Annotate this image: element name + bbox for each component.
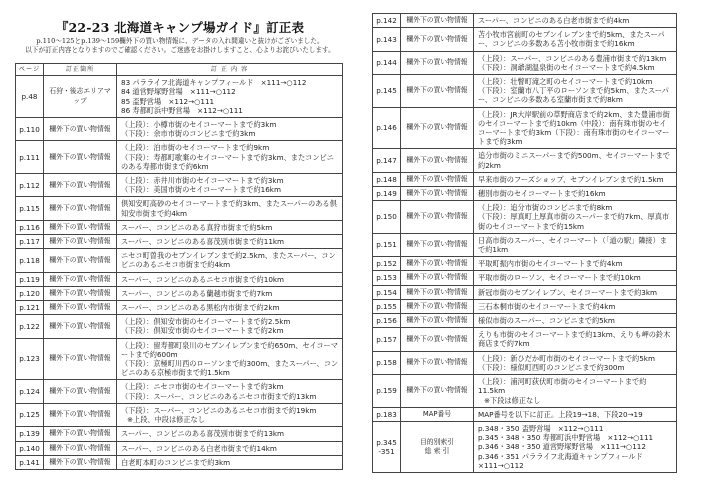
page-cell: p.48 [16, 76, 44, 118]
section-cell: 欄外下の買い物情報 [44, 118, 117, 141]
table-row: p.120欄外下の買い物情報スーパー、コンビニのある蘭越市街まで約7km [16, 286, 343, 300]
section-cell: 欄外下の買い物情報 [401, 257, 474, 271]
table-row: p.117欄外下の買い物情報スーパー、コンビニのある喜茂別市街まで約11km [16, 235, 343, 249]
table-row: p.144欄外下の買い物情報（上段）：スーパー、コンビニのある豊浦市街まで約13… [373, 51, 677, 74]
section-cell: 欄外下の買い物情報 [44, 272, 117, 286]
table-row: p.148欄外下の買い物情報早来市街のフーズショップ、セブンイレブンまで約1.5… [373, 172, 677, 186]
section-cell: 欄外下の買い物情報 [401, 51, 474, 74]
section-cell: 欄外下の買い物情報 [401, 351, 474, 374]
content-line: （下段）：室蘭市八丁平のローソンまで約5km、またスーパー、コンビニの多数ある室… [478, 86, 673, 104]
content-line: （上段）：留寿都町泉川のセブンイレブンまで約650m、セイコーマートまで約600… [121, 341, 339, 359]
section-cell: MAP番号 [401, 407, 474, 421]
content-cell: 様似市街のスーパー、コンビニまで約5km [474, 314, 677, 328]
section-cell: 欄外下の買い物情報 [44, 235, 117, 249]
table-row: p.156欄外下の買い物情報様似市街のスーパー、コンビニまで約5km [373, 314, 677, 328]
content-line: スーパー、コンビニのある黒松内市街まで約2km [121, 303, 339, 312]
content-line: （下段）：スーパー、コンビニのあるニセコ市街まで約13km [121, 392, 339, 401]
section-cell: 欄外下の買い物情報 [44, 380, 117, 403]
page-cell: p.154 [373, 285, 401, 299]
content-cell: MAP番号を以下に訂正。上段19→18、下段20→19 [474, 407, 677, 421]
table-row: p.141欄外下の買い物情報白老町本町のコンビニまで約3km [16, 455, 343, 469]
page-cell: p.148 [373, 172, 401, 186]
content-cell: 早来市街のフーズショップ、セブンイレブンまで約1.5km [474, 172, 677, 186]
content-line: （上段）：浦河町荻伏町市街のセイコーマートまで約11.5km [478, 377, 673, 395]
table-row: p.142欄外下の買い物情報スーパー、コンビニのある白老市街まで約4km [373, 14, 677, 28]
table-row: p.147欄外下の買い物情報追分市街のミニスーパーまで約500m、セイコーマート… [373, 149, 677, 172]
table-row: p.121欄外下の買い物情報スーパー、コンビニのある黒松内市街まで約2km [16, 301, 343, 315]
page-cell: p.146 [373, 107, 401, 149]
column-header-content: 訂 正 内 容 [117, 64, 343, 76]
page-cell: p.151 [373, 233, 401, 256]
content-line: （上段）：小樽市街のセイコーマートまで約3km [121, 120, 339, 129]
section-cell: 欄外下の買い物情報 [44, 286, 117, 300]
content-line: 白老町本町のコンビニまで約3km [121, 458, 339, 467]
section-cell: 欄外下の買い物情報 [44, 455, 117, 469]
table-row: p.345 -351目的別索引 総 索 引p.348・350 盃野営場 ×112… [373, 421, 677, 472]
content-line: 平取町振内市街のセイコーマートまで約4km [478, 259, 673, 268]
content-cell: （上段）：壮瞥町滝之町のセイコーマートまで約10km（下段）：室蘭市八丁平のロー… [474, 75, 677, 108]
content-cell: スーパー、コンビニのある蘭越市街まで約7km [117, 286, 343, 300]
page-cell: p.149 [373, 187, 401, 201]
page-cell: p.147 [373, 149, 401, 172]
table-row: p.149欄外下の買い物情報穂別市街のセイコーマートまで約16km [373, 187, 677, 201]
table-row: p.48石狩・後志エリアマップ83 パラライフ北海道キャンプフィールド ×111… [16, 76, 343, 118]
section-cell: 欄外下の買い物情報 [44, 301, 117, 315]
content-line: p.348・350 盃野営場 ×112→○111 [478, 424, 673, 433]
content-cell: スーパー、コンビニのある真狩市街まで約5km [117, 220, 343, 234]
section-cell: 欄外下の買い物情報 [44, 174, 117, 197]
content-cell: スーパー、コンビニのある喜茂別市街まで約11km [117, 235, 343, 249]
page-cell: p.139 [16, 427, 44, 441]
content-cell: （下段）：スーパー、コンビニのあるニセコ市街まで約19km※上段、中段は修正なし [117, 403, 343, 426]
content-cell: 日高市街のスーパー、セイコーマート（「道の駅」隣接）まで約1km [474, 233, 677, 256]
content-cell: スーパー、コンビニのある白老市街まで約14km [117, 441, 343, 455]
content-cell: p.348・350 盃野営場 ×112→○111p.345・348・350 寿都… [474, 421, 677, 472]
content-line: 穂別市街のセイコーマートまで約16km [478, 189, 673, 198]
section-cell: 欄外下の買い物情報 [44, 315, 117, 338]
content-line: スーパー、コンビニのある喜茂別市街まで約11km [121, 237, 339, 246]
table-row: p.140欄外下の買い物情報スーパー、コンビニのある白老市街まで約14km [16, 441, 343, 455]
page-cell: p.183 [373, 407, 401, 421]
content-line: スーパー、コンビニのあるニセコ市街まで約10km [121, 275, 339, 284]
table-row: p.158欄外下の買い物情報（上段）：新ひだか町市街のセイコーマートまで約5km… [373, 351, 677, 374]
content-line: （上段）：ニセコ市街のセイコーマートまで約3km [121, 382, 339, 391]
content-cell: 新冠市街のセブンイレブン、セイコーマートまで約3km [474, 285, 677, 299]
page-cell: p.112 [16, 174, 44, 197]
content-line: （下段）：倶知安市街のセイコーマートまで約2km [121, 326, 339, 335]
content-line: 新冠市街のセブンイレブン、セイコーマートまで約3km [478, 288, 673, 297]
table-row: p.125欄外下の買い物情報（下段）：スーパー、コンビニのあるニセコ市街まで約1… [16, 403, 343, 426]
table-row: p.146欄外下の買い物情報（上段）：JR大岸駅前の草野商店まで約2km、また豊… [373, 107, 677, 149]
section-cell: 欄外下の買い物情報 [401, 14, 474, 28]
table-row: p.155欄外下の買い物情報三石本桐市街のセイコーマートまで約4km [373, 299, 677, 313]
content-line: スーパー、コンビニのある蘭越市街まで約7km [121, 289, 339, 298]
section-cell: 欄外下の買い物情報 [401, 149, 474, 172]
table-row: p.150欄外下の買い物情報（上段）：追分市街のコンビニまで約8km（下段）：厚… [373, 201, 677, 234]
table-row: p.139欄外下の買い物情報スーパー、コンビニのある喜茂別市街まで約13km [16, 427, 343, 441]
content-cell: （上段）：倶知安市街のセイコーマートまで約2.5km（下段）：倶知安市街のセイコ… [117, 315, 343, 338]
content-cell: （上段）：JR大岸駅前の草野商店まで約2km、また豊浦市街のセイコーマートまで約… [474, 107, 677, 149]
content-line: 84 道営野塚野営場 ×111→○112 [121, 87, 339, 96]
section-cell: 欄外下の買い物情報 [401, 187, 474, 201]
page-cell: p.150 [373, 201, 401, 234]
content-line: （下段）：スーパー、コンビニのあるニセコ市街まで約19km [121, 406, 339, 415]
content-cell: 追分市街のミニスーパーまで約500m、セイコーマートまで約2km [474, 149, 677, 172]
page-cell: p.110 [16, 118, 44, 141]
content-cell: 穂別市街のセイコーマートまで約16km [474, 187, 677, 201]
section-cell: 欄外下の買い物情報 [401, 271, 474, 285]
content-cell: （上段）：小樽市街のセイコーマートまで約3km（下段）：余市市街のコンビニまで約… [117, 118, 343, 141]
document-title: 『22-23 北海道キャンプ場ガイド』訂正表 [0, 18, 360, 36]
content-line: （上段）：新ひだか町市街のセイコーマートまで約5km [478, 354, 673, 363]
content-line: （上段）：追分市街のコンビニまで約8km [478, 203, 673, 212]
content-line: スーパー、コンビニのある白老市街まで約14km [121, 444, 339, 453]
content-cell: （上段）：追分市街のコンビニまで約8km（下段）：厚真町上厚真市街のスーパーまで… [474, 201, 677, 234]
content-line: （下段）：洞爺湖温泉街のセイコーマートまで約4.5km [478, 63, 673, 72]
page-cell: p.116 [16, 220, 44, 234]
table-row: p.157欄外下の買い物情報えりも市街のセイコーマートまで約13km、えりも岬の… [373, 328, 677, 351]
content-line: p.346・351 パラライフ北海道キャンプフィールド ×111→○112 [478, 452, 673, 470]
page-cell: p.117 [16, 235, 44, 249]
column-header-page: ページ [16, 64, 44, 76]
section-cell: 欄外下の買い物情報 [44, 338, 117, 380]
page-cell: p.115 [16, 197, 44, 220]
page-cell: p.119 [16, 272, 44, 286]
content-line: （下段）：京極町川西のローソンまで約300m、またスーパー、コンビニのある京極市… [121, 359, 339, 377]
content-line: （上段）：赤井川市街のセイコーマートまで約3km [121, 176, 339, 185]
page-cell: p.141 [16, 455, 44, 469]
table-row: p.112欄外下の買い物情報（上段）：赤井川市街のセイコーマートまで約3km（下… [16, 174, 343, 197]
table-row: p.153欄外下の買い物情報平取市街のローソン、セイコーマートまで約10km [373, 271, 677, 285]
content-cell: ニセコ町曽我のセブンイレブンまで約2.5km、またスーパー、コンビニのあるニセコ… [117, 249, 343, 272]
table-body-left: p.48石狩・後志エリアマップ83 パラライフ北海道キャンプフィールド ×111… [16, 76, 343, 470]
content-line: スーパー、コンビニのある喜茂別市街まで約13km [121, 429, 339, 438]
content-line: 三石本桐市街のセイコーマートまで約4km [478, 302, 673, 311]
page-cell: p.155 [373, 299, 401, 313]
content-line: （下段）：美国市街のセイコーマートまで約16km [121, 185, 339, 194]
page-cell: p.157 [373, 328, 401, 351]
content-cell: スーパー、コンビニのあるニセコ市街まで約10km [117, 272, 343, 286]
section-cell: 欄外下の買い物情報 [401, 285, 474, 299]
content-cell: （上段）：浦河町荻伏町市街のセイコーマートまで約11.5km※下段は修正なし [474, 375, 677, 408]
content-line: （上段）：スーパー、コンビニのある豊浦市街まで約13km [478, 54, 673, 63]
content-line: （下段）：厚真町上厚真市街のスーパーまで約7km、厚真市街のセイコーマートまで約… [478, 212, 673, 230]
table-body-right: p.142欄外下の買い物情報スーパー、コンビニのある白老市街まで約4kmp.14… [373, 14, 677, 473]
page-cell: p.120 [16, 286, 44, 300]
section-cell: 欄外下の買い物情報 [401, 233, 474, 256]
section-cell: 欄外下の買い物情報 [44, 141, 117, 174]
content-cell: えりも市街のセイコーマートまで約13km、えりも岬の鈴木商店まで約7km [474, 328, 677, 351]
content-line: 日高市街のスーパー、セイコーマート（「道の駅」隣接）まで約1km [478, 236, 673, 254]
table-row: p.152欄外下の買い物情報平取町振内市街のセイコーマートまで約4km [373, 257, 677, 271]
section-cell: 欄外下の買い物情報 [401, 299, 474, 313]
page-cell: p.143 [373, 28, 401, 51]
content-cell: スーパー、コンビニのある黒松内市街まで約2km [117, 301, 343, 315]
content-line: MAP番号を以下に訂正。上段19→18、下段20→19 [478, 410, 673, 419]
content-line: 83 パラライフ北海道キャンプフィールド ×111→○112 [121, 78, 339, 87]
section-cell: 欄外下の買い物情報 [401, 28, 474, 51]
content-line: （上段）：JR大岸駅前の草野商店まで約2km、また豊浦市街のセイコーマートまで約… [478, 110, 673, 147]
page-cell: p.125 [16, 403, 44, 426]
content-cell: 三石本桐市街のセイコーマートまで約4km [474, 299, 677, 313]
content-cell: スーパー、コンビニのある喜茂別市街まで約13km [117, 427, 343, 441]
content-line: 85 盃野営場 ×112→○111 [121, 97, 339, 106]
content-line: 86 寿都町浜中野営場 ×112→○111 [121, 106, 339, 115]
content-cell: （上段）：赤井川市街のセイコーマートまで約3km（下段）：美国市街のセイコーマー… [117, 174, 343, 197]
content-line: ※上段、中段は修正なし [121, 415, 339, 424]
content-cell: （上段）：スーパー、コンビニのある豊浦市街まで約13km（下段）：洞爺湖温泉街の… [474, 51, 677, 74]
content-line: 追分市街のミニスーパーまで約500m、セイコーマートまで約2km [478, 151, 673, 169]
content-cell: スーパー、コンビニのある白老市街まで約4km [474, 14, 677, 28]
page-cell: p.152 [373, 257, 401, 271]
section-cell: 欄外下の買い物情報 [44, 197, 117, 220]
section-cell: 欄外下の買い物情報 [401, 172, 474, 186]
page-cell: p.145 [373, 75, 401, 108]
section-cell: 欄外下の買い物情報 [401, 328, 474, 351]
page-cell: p.345 -351 [373, 421, 401, 472]
content-line: （下段）：寿都町歌棄のセイコーマートまで約3km、またコンビニのある寿都市街まで… [121, 153, 339, 171]
page-cell: p.142 [373, 14, 401, 28]
correction-table-right: p.142欄外下の買い物情報スーパー、コンビニのある白老市街まで約4kmp.14… [372, 13, 677, 473]
content-line: 平取市街のローソン、セイコーマートまで約10km [478, 273, 673, 282]
table-row: p.143欄外下の買い物情報苫小牧市宮前町のセブンイレブンまで約5km、またスー… [373, 28, 677, 51]
section-cell: 欄外下の買い物情報 [401, 375, 474, 408]
content-line: スーパー、コンビニのある真狩市街まで約5km [121, 223, 339, 232]
page-cell: p.118 [16, 249, 44, 272]
table-row: p.183MAP番号MAP番号を以下に訂正。上段19→18、下段20→19 [373, 407, 677, 421]
content-line: p.346・348・350 道営野塚野営場 ×111→○112 [478, 442, 673, 451]
content-line: ※下段は修正なし [478, 396, 673, 405]
table-row: p.110欄外下の買い物情報（上段）：小樽市街のセイコーマートまで約3km（下段… [16, 118, 343, 141]
document-subtitle: p.110～125とp.139～159欄外下の買い物情報に、データの入れ間違いと… [0, 37, 360, 55]
section-cell: 欄外下の買い物情報 [401, 201, 474, 234]
content-cell: 83 パラライフ北海道キャンプフィールド ×111→○11284 道営野塚野営場… [117, 76, 343, 118]
table-row: p.123欄外下の買い物情報（上段）：留寿都町泉川のセブンイレブンまで約650m… [16, 338, 343, 380]
page-cell: p.144 [373, 51, 401, 74]
section-cell: 欄外下の買い物情報 [44, 220, 117, 234]
section-cell: 欄外下の買い物情報 [44, 441, 117, 455]
section-cell: 欄外下の買い物情報 [401, 314, 474, 328]
page-cell: p.156 [373, 314, 401, 328]
table-row: p.118欄外下の買い物情報ニセコ町曽我のセブンイレブンまで約2.5km、またス… [16, 249, 343, 272]
table-header-row: ページ 訂正箇所 訂 正 内 容 [16, 64, 343, 76]
content-line: 苫小牧市宮前町のセブンイレブンまで約5km、またスーパー、コンビニの多数ある苫小… [478, 30, 673, 48]
subtitle-line-2: 以下が訂正内容となりますのでご確認ください。ご迷惑をお掛けしますこと、心よりお詫… [0, 46, 360, 55]
page-cell: p.140 [16, 441, 44, 455]
section-cell: 石狩・後志エリアマップ [44, 76, 117, 118]
correction-table-left: ページ 訂正箇所 訂 正 内 容 p.48石狩・後志エリアマップ83 パラライフ… [15, 63, 343, 470]
page-cell: p.158 [373, 351, 401, 374]
content-line: 倶知安町高砂のセイコーマートまで約3km、またスーパーのある倶知安市街まで約4k… [121, 199, 339, 217]
page-cell: p.124 [16, 380, 44, 403]
content-cell: 倶知安町高砂のセイコーマートまで約3km、またスーパーのある倶知安市街まで約4k… [117, 197, 343, 220]
content-line: スーパー、コンビニのある白老市街まで約4km [478, 16, 673, 25]
content-line: ニセコ町曽我のセブンイレブンまで約2.5km、またスーパー、コンビニのあるニセコ… [121, 251, 339, 269]
content-line: （下段）：余市市街のコンビニまで約3km [121, 129, 339, 138]
content-line: えりも市街のセイコーマートまで約13km、えりも岬の鈴木商店まで約7km [478, 330, 673, 348]
content-cell: （上段）：ニセコ市街のセイコーマートまで約3km（下段）：スーパー、コンビニのあ… [117, 380, 343, 403]
table-row: p.159欄外下の買い物情報（上段）：浦河町荻伏町市街のセイコーマートまで約11… [373, 375, 677, 408]
content-line: （上段）：壮瞥町滝之町のセイコーマートまで約10km [478, 77, 673, 86]
content-line: 早来市街のフーズショップ、セブンイレブンまで約1.5km [478, 175, 673, 184]
table-row: p.119欄外下の買い物情報スーパー、コンビニのあるニセコ市街まで約10km [16, 272, 343, 286]
content-line: （下段）：様似町西町のコンビニまで約300m [478, 363, 673, 372]
content-cell: （上段）：泊市街のセイコーマートまで約9km（下段）：寿都町歌棄のセイコーマート… [117, 141, 343, 174]
page-cell: p.123 [16, 338, 44, 380]
page-cell: p.111 [16, 141, 44, 174]
section-cell: 目的別索引 総 索 引 [401, 421, 474, 472]
content-cell: 苫小牧市宮前町のセブンイレブンまで約5km、またスーパー、コンビニの多数ある苫小… [474, 28, 677, 51]
table-row: p.115欄外下の買い物情報倶知安町高砂のセイコーマートまで約3km、またスーパ… [16, 197, 343, 220]
content-cell: （上段）：留寿都町泉川のセブンイレブンまで約650m、セイコーマートまで約600… [117, 338, 343, 380]
content-line: （上段）：倶知安市街のセイコーマートまで約2.5km [121, 317, 339, 326]
section-cell: 欄外下の買い物情報 [44, 403, 117, 426]
content-cell: 平取市街のローソン、セイコーマートまで約10km [474, 271, 677, 285]
content-line: （上段）：泊市街のセイコーマートまで約9km [121, 143, 339, 152]
table-row: p.111欄外下の買い物情報（上段）：泊市街のセイコーマートまで約9km（下段）… [16, 141, 343, 174]
content-cell: 平取町振内市街のセイコーマートまで約4km [474, 257, 677, 271]
table-row: p.145欄外下の買い物情報（上段）：壮瞥町滝之町のセイコーマートまで約10km… [373, 75, 677, 108]
content-line: 様似市街のスーパー、コンビニまで約5km [478, 316, 673, 325]
subtitle-line-1: p.110～125とp.139～159欄外下の買い物情報に、データの入れ間違いと… [0, 37, 360, 46]
section-cell: 欄外下の買い物情報 [44, 249, 117, 272]
table-row: p.154欄外下の買い物情報新冠市街のセブンイレブン、セイコーマートまで約3km [373, 285, 677, 299]
table-row: p.122欄外下の買い物情報（上段）：倶知安市街のセイコーマートまで約2.5km… [16, 315, 343, 338]
section-cell: 欄外下の買い物情報 [44, 427, 117, 441]
table-row: p.151欄外下の買い物情報日高市街のスーパー、セイコーマート（「道の駅」隣接）… [373, 233, 677, 256]
table-row: p.116欄外下の買い物情報スーパー、コンビニのある真狩市街まで約5km [16, 220, 343, 234]
column-header-section: 訂正箇所 [44, 64, 117, 76]
content-cell: 白老町本町のコンビニまで約3km [117, 455, 343, 469]
content-cell: （上段）：新ひだか町市街のセイコーマートまで約5km（下段）：様似町西町のコンビ… [474, 351, 677, 374]
page-cell: p.122 [16, 315, 44, 338]
content-line: p.345・348・350 寿都町浜中野営場 ×112→○111 [478, 433, 673, 442]
page-cell: p.153 [373, 271, 401, 285]
section-cell: 欄外下の買い物情報 [401, 107, 474, 149]
table-row: p.124欄外下の買い物情報（上段）：ニセコ市街のセイコーマートまで約3km（下… [16, 380, 343, 403]
page-cell: p.159 [373, 375, 401, 408]
page-cell: p.121 [16, 301, 44, 315]
section-cell: 欄外下の買い物情報 [401, 75, 474, 108]
